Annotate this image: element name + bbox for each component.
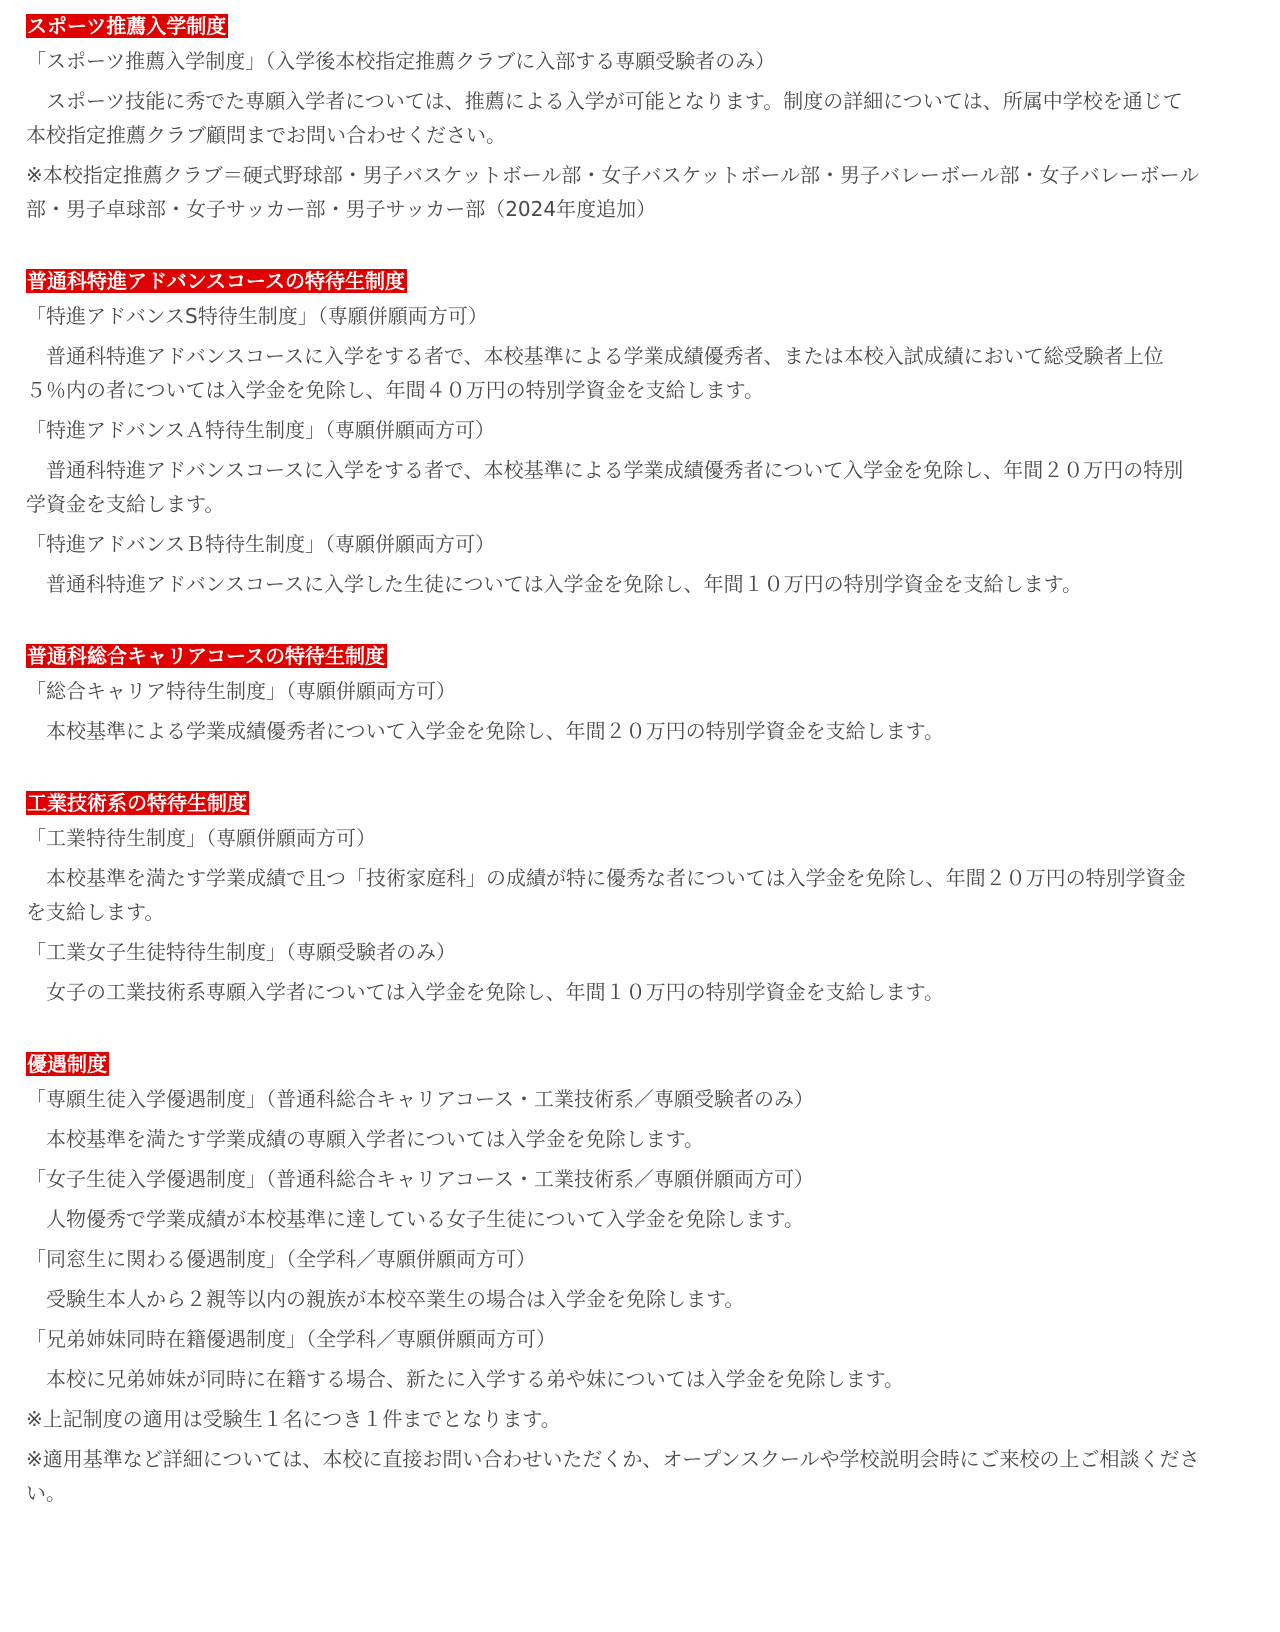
- program-title: 「総合キャリア特待生制度」（専願併願両方可）: [26, 674, 1202, 708]
- program-description: スポーツ技能に秀でた専願入学者については、推薦による入学が可能となります。制度の…: [26, 84, 1202, 152]
- program-description: 本校基準を満たす学業成績の専願入学者については入学金を免除します。: [26, 1122, 1202, 1156]
- section-career-course-scholarship: 普通科総合キャリアコースの特待生制度 「総合キャリア特待生制度」（専願併願両方可…: [26, 644, 1202, 748]
- program-title: 「女子生徒入学優遇制度」（普通科総合キャリアコース・工業技術系／専願併願両方可）: [26, 1162, 1202, 1196]
- section-preferential-treatment: 優遇制度 「専願生徒入学優遇制度」（普通科総合キャリアコース・工業技術系／専願受…: [26, 1052, 1202, 1510]
- section-heading: 工業技術系の特待生制度: [26, 791, 249, 815]
- program-title: 「スポーツ推薦入学制度」（入学後本校指定推薦クラブに入部する専願受験者のみ）: [26, 44, 1202, 78]
- program-description: 普通科特進アドバンスコースに入学をする者で、本校基準による学業成績優秀者、または…: [26, 339, 1202, 407]
- program-description: 本校基準による学業成績優秀者について入学金を免除し、年間２０万円の特別学資金を支…: [26, 714, 1202, 748]
- program-title: 「特進アドバンスＢ特待生制度」（専願併願両方可）: [26, 527, 1202, 561]
- section-heading: 優遇制度: [26, 1052, 109, 1076]
- program-description: 本校に兄弟姉妹が同時に在籍する場合、新たに入学する弟や妹については入学金を免除し…: [26, 1362, 1202, 1396]
- section-advance-course-scholarship: 普通科特進アドバンスコースの特待生制度 「特進アドバンスS特待生制度」（専願併願…: [26, 269, 1202, 601]
- program-note: ※本校指定推薦クラブ＝硬式野球部・男子バスケットボール部・女子バスケットボール部…: [26, 158, 1202, 226]
- section-heading: 普通科特進アドバンスコースの特待生制度: [26, 269, 407, 293]
- program-title: 「特進アドバンスＡ特待生制度」（専願併願両方可）: [26, 413, 1202, 447]
- section-heading: 普通科総合キャリアコースの特待生制度: [26, 644, 387, 668]
- program-note: ※上記制度の適用は受験生１名につき１件までとなります。: [26, 1402, 1202, 1436]
- program-title: 「同窓生に関わる優遇制度」（全学科／専願併願両方可）: [26, 1242, 1202, 1276]
- program-title: 「兄弟姉妹同時在籍優遇制度」（全学科／専願併願両方可）: [26, 1322, 1202, 1356]
- program-title: 「工業特待生制度」（専願併願両方可）: [26, 821, 1202, 855]
- program-description: 普通科特進アドバンスコースに入学をする者で、本校基準による学業成績優秀者について…: [26, 453, 1202, 521]
- program-description: 本校基準を満たす学業成績で且つ「技術家庭科」の成績が特に優秀な者については入学金…: [26, 861, 1202, 929]
- program-note: ※適用基準など詳細については、本校に直接お問い合わせいただくか、オープンスクール…: [26, 1442, 1202, 1510]
- program-description: 受験生本人から２親等以内の親族が本校卒業生の場合は入学金を免除します。: [26, 1282, 1202, 1316]
- section-heading: スポーツ推薦入学制度: [26, 14, 228, 38]
- program-title: 「特進アドバンスS特待生制度」（専願併願両方可）: [26, 299, 1202, 333]
- program-title: 「工業女子生徒特待生制度」（専願受験者のみ）: [26, 935, 1202, 969]
- section-sports-recommendation: スポーツ推薦入学制度 「スポーツ推薦入学制度」（入学後本校指定推薦クラブに入部す…: [26, 14, 1202, 226]
- scholarship-document: スポーツ推薦入学制度 「スポーツ推薦入学制度」（入学後本校指定推薦クラブに入部す…: [0, 0, 1228, 1510]
- section-industrial-technology-scholarship: 工業技術系の特待生制度 「工業特待生制度」（専願併願両方可） 本校基準を満たす学…: [26, 791, 1202, 1009]
- program-description: 人物優秀で学業成績が本校基準に達している女子生徒について入学金を免除します。: [26, 1202, 1202, 1236]
- program-description: 女子の工業技術系専願入学者については入学金を免除し、年間１０万円の特別学資金を支…: [26, 975, 1202, 1009]
- program-description: 普通科特進アドバンスコースに入学した生徒については入学金を免除し、年間１０万円の…: [26, 567, 1202, 601]
- program-title: 「専願生徒入学優遇制度」（普通科総合キャリアコース・工業技術系／専願受験者のみ）: [26, 1082, 1202, 1116]
